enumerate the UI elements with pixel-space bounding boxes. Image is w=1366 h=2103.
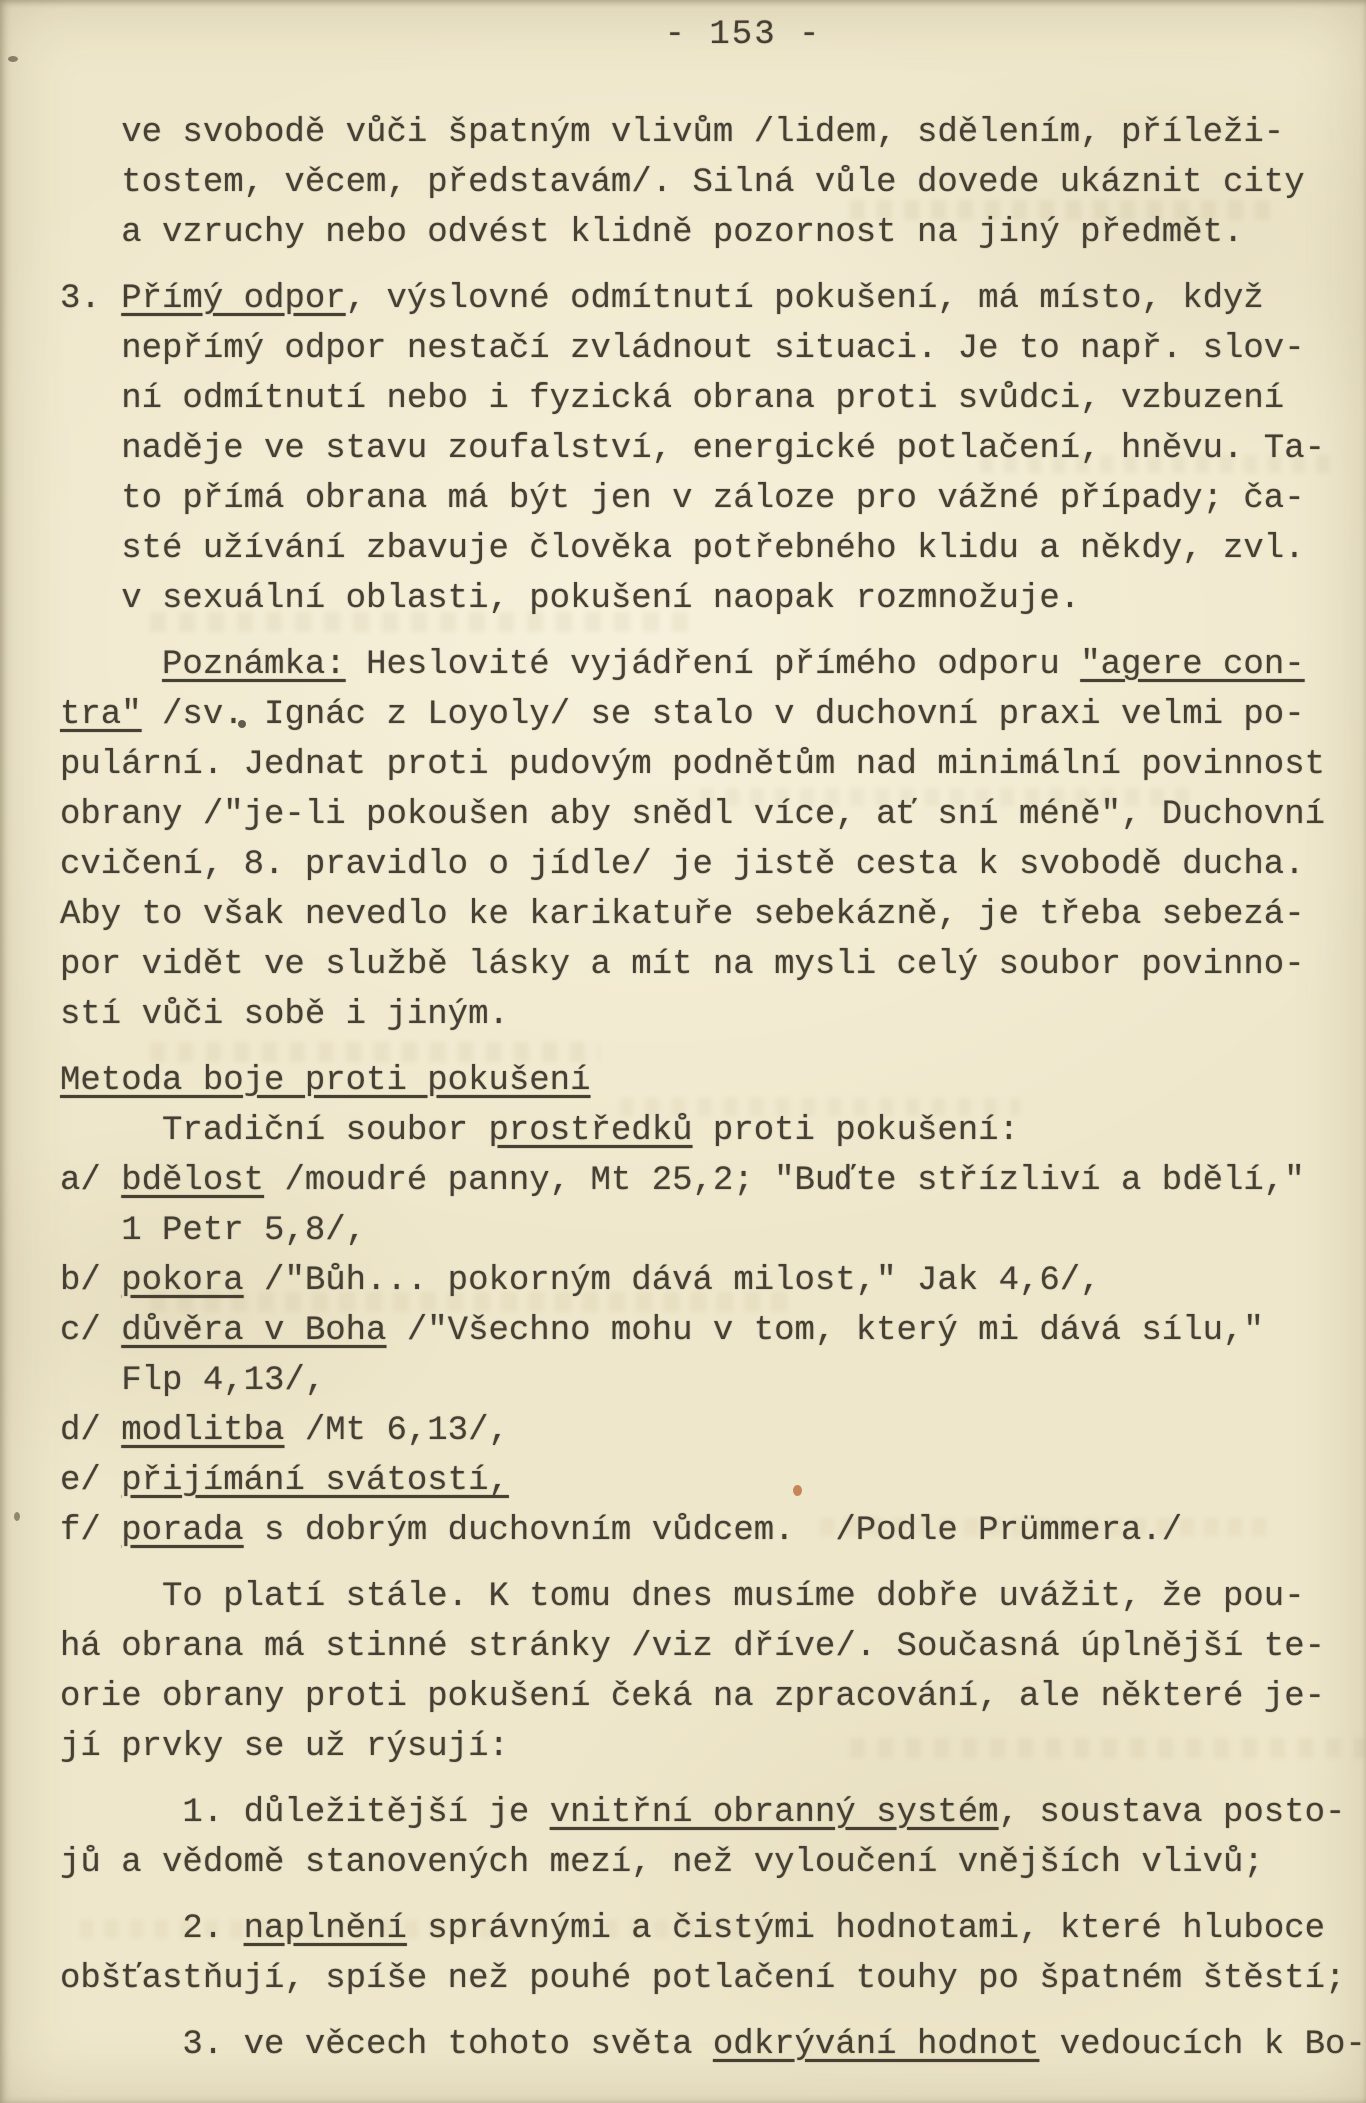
text-line: to přímá obrana má být jen v záloze pro … [60,474,1346,524]
underlined-text: odkrývání hodnot [713,2026,1039,2064]
text-segment: b/ [60,1262,121,1300]
text-segment: orie obrany proti pokušení čeká na zprac… [60,1678,1325,1716]
text-segment: Heslovité vyjádření přímého odporu [346,646,1081,684]
underlined-text: pokora [121,1262,243,1300]
text-segment: obrany /"je-li pokoušen aby snědl více, … [60,796,1325,834]
text-line: obrany /"je-li pokoušen aby snědl více, … [60,790,1346,840]
underlined-text: modlitba [121,1412,284,1450]
metoda-heading-and-list: Metoda boje proti pokušení Tradiční soub… [60,1056,1346,1556]
text-line: 3. Přímý odpor, výslovné odmítnutí pokuš… [60,274,1346,324]
page-number: - 153 - [60,10,1366,60]
text-line: To platí stále. K tomu dnes musíme dobře… [60,1572,1346,1622]
text-segment: Flp 4,13/, [60,1362,325,1400]
underlined-text: tra" [60,696,142,734]
text-segment: 1 Petr 5,8/, [60,1212,366,1250]
text-line: b/ pokora /"Bůh... pokorným dává milost,… [60,1256,1346,1306]
text-segment: To platí stále. K tomu dnes musíme dobře… [60,1578,1305,1616]
text-line: 3. ve věcech tohoto světa odkrývání hodn… [60,2020,1346,2070]
text-line: 1 Petr 5,8/, [60,1206,1346,1256]
underlined-text: Přímý odpor [121,280,345,318]
text-segment: a/ [60,1162,121,1200]
text-line: Tradiční soubor prostředků proti pokušen… [60,1106,1346,1156]
text-segment: jů a vědomě stanovených mezí, než vylouč… [60,1844,1264,1882]
text-segment: d/ [60,1412,121,1450]
underlined-text: naplnění [244,1910,407,1948]
text-segment: jí prvky se už rýsují: [60,1728,509,1766]
text-segment: Tradiční soubor [60,1112,488,1150]
text-line: tra" /sv. Ignác z Loyoly/ se stalo v duc… [60,690,1346,740]
underlined-text: "agere con- [1080,646,1304,684]
numbered-item-3-odkryvani: 3. ve věcech tohoto světa odkrývání hodn… [60,2020,1346,2070]
text-segment: 3. ve věcech tohoto světa [60,2026,713,2064]
text-segment: e/ [60,1462,121,1500]
text-segment: , soustava posto- [999,1794,1346,1832]
text-line: Aby to však nevedlo ke karikatuře sebeká… [60,890,1346,940]
text-line: orie obrany proti pokušení čeká na zprac… [60,1672,1346,1722]
text-line: 2. naplnění správnými a čistými hodnotam… [60,1904,1346,1954]
text-line: v sexuální oblasti, pokušení naopak rozm… [60,574,1346,624]
text-segment: /moudré panny, Mt 25,2; "Buďte střízliví… [264,1162,1305,1200]
underlined-text: Poznámka: [162,646,346,684]
continuation-paragraph: ve svobodě vůči špatným vlivům /lidem, s… [60,108,1346,258]
text-segment: c/ [60,1312,121,1350]
to-plati-paragraph: To platí stále. K tomu dnes musíme dobře… [60,1572,1346,1772]
text-line: por vidět ve službě lásky a mít na mysli… [60,940,1346,990]
text-segment: stí vůči sobě i jiným. [60,996,509,1034]
text-segment: por vidět ve službě lásky a mít na mysli… [60,946,1305,984]
underlined-text: Metoda boje proti pokušení [60,1062,591,1100]
ink-speck [14,1512,20,1521]
text-segment: v sexuální oblasti, pokušení naopak rozm… [60,580,1080,618]
poznamka-paragraph: Poznámka: Heslovité vyjádření přímého od… [60,640,1346,1040]
underlined-text: prostředků [488,1112,692,1150]
text-segment: ní odmítnutí nebo i fyzická obrana proti… [60,380,1284,418]
text-segment: naděje ve stavu zoufalství, energické po… [60,430,1325,468]
text-line: ní odmítnutí nebo i fyzická obrana proti… [60,374,1346,424]
text-line: tostem, věcem, představám/. Silná vůle d… [60,158,1346,208]
text-segment: Aby to však nevedlo ke karikatuře sebeká… [60,896,1305,934]
document-page: - 153 - ve svobodě vůči špatným vlivům /… [0,0,1366,2103]
numbered-item-3-primy-odpor: 3. Přímý odpor, výslovné odmítnutí pokuš… [60,274,1346,624]
text-segment: /"Všechno mohu v tom, který mi dává sílu… [386,1312,1263,1350]
text-segment: ve svobodě vůči špatným vlivům /lidem, s… [60,114,1284,152]
text-line: f/ porada s dobrým duchovním vůdcem. /Po… [60,1506,1346,1556]
text-segment: tostem, věcem, představám/. Silná vůle d… [60,164,1305,202]
text-segment: 2. [60,1910,244,1948]
text-segment: to přímá obrana má být jen v záloze pro … [60,480,1305,518]
text-line: nepřímý odpor nestačí zvládnout situaci.… [60,324,1346,374]
underlined-text: důvěra v Boha [121,1312,386,1350]
text-line: obšťastňují, spíše než pouhé potlačení t… [60,1954,1346,2004]
text-segment: /sv. Ignác z Loyoly/ se stalo v duchovní… [142,696,1305,734]
text-segment: a vzruchy nebo odvést klidně pozornost n… [60,214,1243,252]
text-line: c/ důvěra v Boha /"Všechno mohu v tom, k… [60,1306,1346,1356]
text-line: cvičení, 8. pravidlo o jídle/ je jistě c… [60,840,1346,890]
text-line: Metoda boje proti pokušení [60,1056,1346,1106]
text-segment: , výslovné odmítnutí pokušení, má místo,… [346,280,1264,318]
underlined-text: přijímání svátostí, [121,1462,509,1500]
text-line: sté užívání zbavuje člověka potřebného k… [60,524,1346,574]
text-segment: nepřímý odpor nestačí zvládnout situaci.… [60,330,1305,368]
underlined-text: porada [121,1512,243,1550]
text-line: 1. důležitější je vnitřní obranný systém… [60,1788,1346,1838]
ink-speck [8,56,18,62]
text-line: e/ přijímání svátostí, [60,1456,1346,1506]
page-content: ve svobodě vůči špatným vlivům /lidem, s… [60,108,1346,2070]
text-line: stí vůči sobě i jiným. [60,990,1346,1040]
text-segment: správnými a čistými hodnotami, které hlu… [407,1910,1325,1948]
text-line: jí prvky se už rýsují: [60,1722,1346,1772]
text-segment: cvičení, 8. pravidlo o jídle/ je jistě c… [60,846,1305,884]
text-segment: proti pokušení: [693,1112,1019,1150]
text-line: d/ modlitba /Mt 6,13/, [60,1406,1346,1456]
text-line: Poznámka: Heslovité vyjádření přímého od… [60,640,1346,690]
underlined-text: bdělost [121,1162,264,1200]
text-segment: 1. důležitější je [60,1794,550,1832]
text-line: Flp 4,13/, [60,1356,1346,1406]
text-segment: 3. [60,280,121,318]
text-line: pulární. Jednat proti pudovým podnětům n… [60,740,1346,790]
text-segment: pulární. Jednat proti pudovým podnětům n… [60,746,1325,784]
text-line: naděje ve stavu zoufalství, energické po… [60,424,1346,474]
text-line: a/ bdělost /moudré panny, Mt 25,2; "Buďt… [60,1156,1346,1206]
underlined-text: vnitřní obranný systém [550,1794,999,1832]
numbered-item-2-naplneni: 2. naplnění správnými a čistými hodnotam… [60,1904,1346,2004]
text-line: há obrana má stinné stránky /viz dříve/.… [60,1622,1346,1672]
text-segment: sté užívání zbavuje člověka potřebného k… [60,530,1305,568]
text-line: jů a vědomě stanovených mezí, než vylouč… [60,1838,1346,1888]
text-line: a vzruchy nebo odvést klidně pozornost n… [60,208,1346,258]
numbered-item-1-vnitrni-system: 1. důležitější je vnitřní obranný systém… [60,1788,1346,1888]
text-segment: vedoucích k Bo- [1039,2026,1365,2064]
text-segment: f/ [60,1512,121,1550]
text-segment: /"Bůh... pokorným dává milost," Jak 4,6/… [244,1262,1101,1300]
text-line: ve svobodě vůči špatným vlivům /lidem, s… [60,108,1346,158]
text-segment: s dobrým duchovním vůdcem. /Podle Prümme… [244,1512,1183,1550]
text-segment: obšťastňují, spíše než pouhé potlačení t… [60,1960,1345,1998]
text-segment: há obrana má stinné stránky /viz dříve/.… [60,1628,1325,1666]
text-segment [60,646,162,684]
text-segment: /Mt 6,13/, [284,1412,508,1450]
